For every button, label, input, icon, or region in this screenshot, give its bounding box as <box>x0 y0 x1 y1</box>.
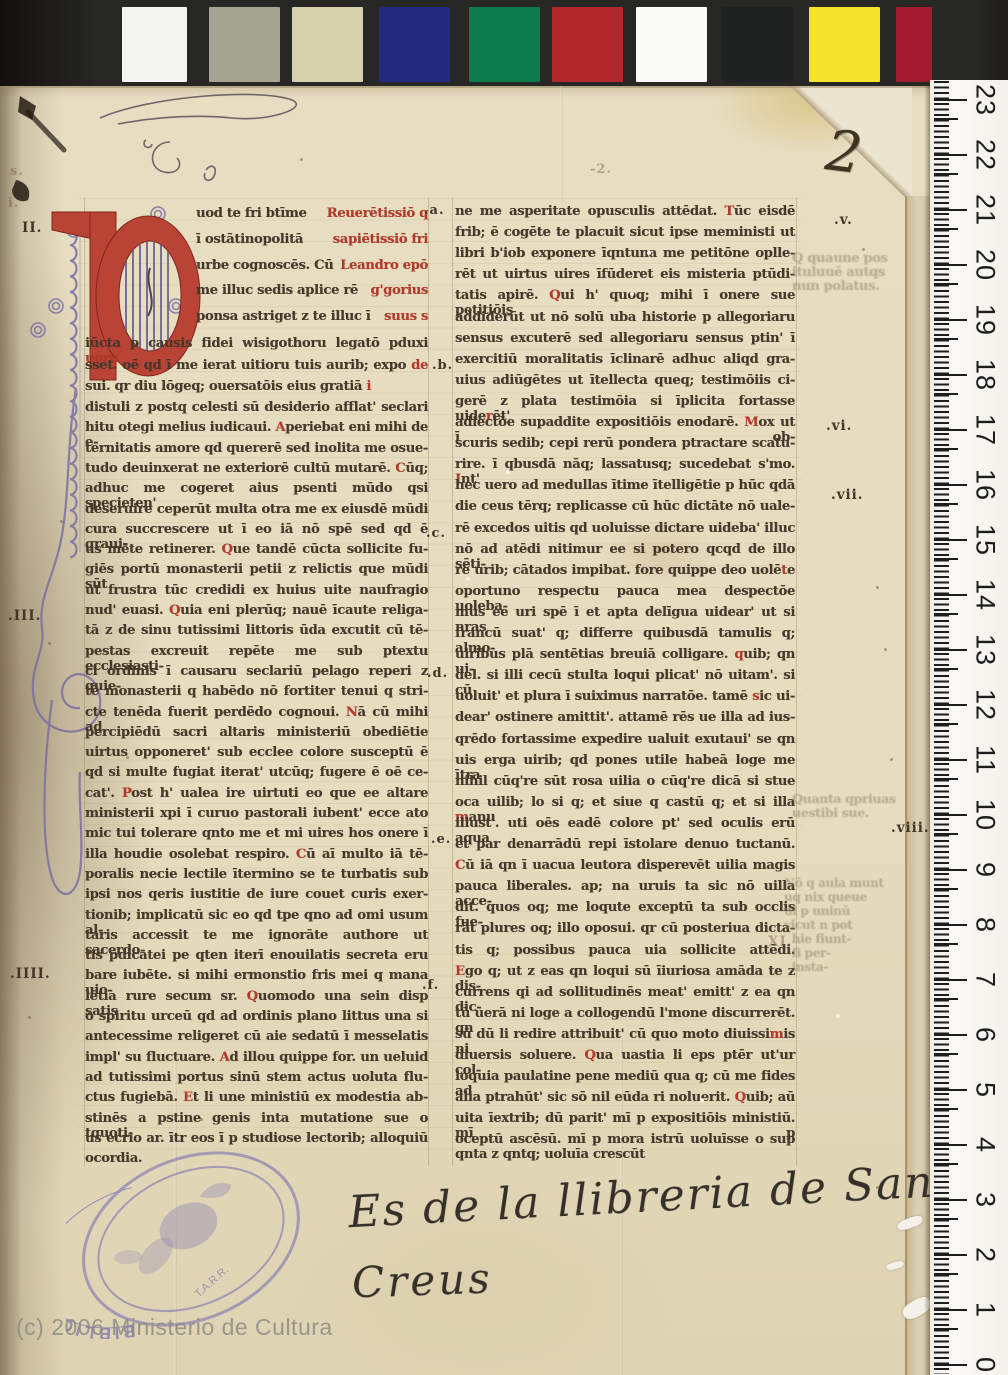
column-rule <box>428 198 429 1166</box>
text-line: mic tui tolerare qnto me et mi uires hos… <box>85 826 428 841</box>
margin-mark: .IIII. <box>10 966 51 982</box>
text-line: percipiēdū sacri altaris ministeriū obed… <box>85 725 428 740</box>
text-line: ut frustra tūc credidi ex huius uite nau… <box>85 583 428 598</box>
text-line: hec uero ad medullas ītime ītelligētie p… <box>455 478 795 493</box>
ruler-number: 20 <box>970 249 1001 281</box>
ruler-number: 15 <box>970 524 1001 556</box>
text-line: tis q; possibus pauca uia sollicite attē… <box>455 943 795 958</box>
margin-mark: .vii. <box>831 487 864 503</box>
text-line: dear' ostinere amittit'. attamē rēs ue i… <box>455 710 795 725</box>
ruler-number: 3 <box>970 1192 1001 1208</box>
text-line: tē monasterii q habēdo nō fortiter tenui… <box>85 684 428 699</box>
margin-mark: .e. <box>431 832 451 847</box>
text-line: Cū iā qn ī uacua leutora disperevēt uili… <box>455 858 795 873</box>
text-line: ctus fugiebā. Et li une ministiū ex mode… <box>85 1090 428 1105</box>
calibration-patch <box>209 7 280 82</box>
ruler-number: 12 <box>970 689 1001 721</box>
ruler-number: 4 <box>970 1137 1001 1153</box>
margin-mark: -2. <box>590 162 612 177</box>
text-line: sset. oē qd ī me ierat uitioru tuis auri… <box>85 358 428 373</box>
ruler-number: 0 <box>970 1357 1001 1373</box>
show-through-block: Nō q aula munt uq nix queue ul p uninū v… <box>784 876 884 974</box>
calibration-patch <box>122 7 187 82</box>
manuscript-scan: uod te fri btīmeReuerētissiō qī ostātino… <box>0 0 1008 1375</box>
calibration-patch <box>896 7 932 82</box>
ruler-number: 10 <box>970 799 1001 831</box>
text-line: scuris sedib; cepi rerū pondera ptractar… <box>455 436 795 451</box>
text-line: ipsi nos qeris iustitie de iure couet cu… <box>85 887 428 902</box>
text-line: die ceus tērq; replicasse cū hūc dictāte… <box>455 499 795 514</box>
text-line: alia ptrahūt' sic sō nil eūda ri nolueri… <box>455 1090 795 1105</box>
text-line: addiderūt ut nō solū uba historie p alle… <box>455 310 795 325</box>
ruler-number: 18 <box>970 359 1001 391</box>
text-line: uirtus opponeret' sub ecclee colore susc… <box>85 745 428 760</box>
text-line: ocordia. <box>85 1151 428 1166</box>
text-line: poralis necie lectile ītermino se te tur… <box>85 867 428 882</box>
ruler-number: 5 <box>970 1082 1001 1098</box>
incipit-line: me illuc sedis aplice rēg'gorius <box>196 283 428 298</box>
ex-libris-line2: Creus <box>351 1254 493 1308</box>
calibration-patch <box>552 7 623 82</box>
text-line: sui. qr diu lōgeq; ouersatōis eius grati… <box>85 379 428 394</box>
calibration-patch <box>636 7 707 82</box>
ruler-number: 7 <box>970 972 1001 988</box>
calibration-patch <box>379 7 450 82</box>
text-line: libri b'iob exponere īqntuna me petitōne… <box>455 246 795 261</box>
incipit-line: ī ostātinopolitāsapiētissiō fri <box>196 232 428 247</box>
margin-mark: s. <box>10 164 24 179</box>
text-line: uoluit' et plura ī suiximus narratōe. ta… <box>455 689 795 704</box>
text-line: ministerii xpi ī curuo pastorali iubent'… <box>85 806 428 821</box>
margin-mark: .f. <box>422 978 439 993</box>
text-line: et par denarrādū repi īstolare denuo tuc… <box>455 837 795 852</box>
ruler-number: 23 <box>970 84 1001 116</box>
ruler-number: 19 <box>970 304 1001 336</box>
parchment-crease <box>560 86 563 206</box>
text-line: ad tutissimi portus sinū stem actus uolu… <box>85 1070 428 1085</box>
text-line: nud' euasi. Quia eni plerūq; nauē īcaute… <box>85 603 428 618</box>
text-line: qrēdo fortassime expedire ualuit exutaui… <box>455 732 795 747</box>
incipit-line: urbe cognoscēs. CūLeandro epō <box>196 258 428 273</box>
margin-mark: .d. <box>427 666 448 681</box>
copyright-watermark: (c) 2006 Ministerio de Cultura <box>16 1314 333 1341</box>
calibration-patch <box>809 7 880 82</box>
text-line: oceptū ascēsū. mī p mora istrū uoluīsse … <box>455 1132 795 1162</box>
margin-mark: .v. <box>834 212 853 228</box>
calibration-patch <box>722 7 793 82</box>
text-line: illa houdie osolebat respiro. Cū aī mult… <box>85 847 428 862</box>
show-through-block: Quanta qpriuas uestibi sue. <box>792 792 896 820</box>
text-line: us mēte retinerer. Que tandē cūcta solli… <box>85 542 428 557</box>
ruler-number: 11 <box>970 745 1001 775</box>
incipit-line: uod te fri btīmeReuerētissiō q <box>196 206 428 221</box>
text-line: exercitiū moralitatis īclinarē adhuc ali… <box>455 352 795 367</box>
column-rule <box>796 198 797 1166</box>
ruler-number: 17 <box>970 414 1001 446</box>
text-line: antecessime religeret cū aie sedatū ī me… <box>85 1029 428 1044</box>
text-line: rēt ut uirtus uires īfūderet eis misteri… <box>455 267 795 282</box>
ruler-number: 1 <box>970 1302 1001 1318</box>
text-line: qd si multe fugiat iterat' utcūq; fugere… <box>85 765 428 780</box>
text-line: deseruire ceperūt multa otra me ex eiusd… <box>85 502 428 517</box>
ruler-number: 16 <box>970 469 1001 501</box>
ruler-number: 13 <box>970 634 1001 666</box>
text-line: rē urib; cātados impibat. fore quippe de… <box>455 563 795 578</box>
column-rule <box>452 198 453 1166</box>
text-line: impl' su fluctuare. Ad illou quippe for.… <box>85 1050 428 1065</box>
margin-mark: .III. <box>8 608 41 624</box>
incipit-line: ponsa astriget z te illuc īsuus s <box>196 309 428 324</box>
text-line: tā z de sinu tutissimi littoris ūda excu… <box>85 623 428 638</box>
text-line: uius adiūgētes ut ītellecta queq; testim… <box>455 373 795 388</box>
ruler-number: 8 <box>970 917 1001 933</box>
text-line: distuli z postq celesti sū desiderio aff… <box>85 400 428 415</box>
ruler-number: 14 <box>970 579 1001 611</box>
ruler-number: 2 <box>970 1247 1001 1263</box>
folio-number: 2 <box>822 118 865 187</box>
text-line: us ecrio ar. ītr eos ī p studiose lector… <box>85 1131 428 1146</box>
margin-mark: .c. <box>426 526 446 541</box>
margin-mark: II. <box>22 220 42 236</box>
text-line: o spiritu urceū qd ad ordinis plano litt… <box>85 1009 428 1024</box>
calibration-patch <box>292 7 363 82</box>
ruler-number: 9 <box>970 862 1001 878</box>
show-through-block: Q quaune pos ituluuē autqs nun polatus. <box>792 252 887 294</box>
text-line: rāt plures oq; illo oposui. qr cū poster… <box>455 921 795 936</box>
margin-mark: .a. <box>424 203 444 218</box>
margin-mark: .b. <box>432 358 453 373</box>
text-line: rē excedos uitis qd uoluisse dictare uid… <box>455 521 795 536</box>
margin-mark: .vi. <box>826 418 852 434</box>
text-line: tis pdicatei pe qten iterī enouilatis se… <box>85 948 428 963</box>
calibration-patch <box>469 7 540 82</box>
ruler-number: 6 <box>970 1027 1001 1043</box>
ruler-number: 22 <box>970 139 1001 171</box>
text-line: nihil cūq're sūt rosa uilia o cūq're dic… <box>455 774 795 789</box>
text-line: tudo deuinxerat ne exteriorē cultū mutar… <box>85 461 428 476</box>
text-line: ternitatis amore qd quererē sed inolita … <box>85 441 428 456</box>
text-line: frib; ē cogēte te placuit sicut ipse mem… <box>455 225 795 240</box>
text-line: ne me asperitate opusculis attēdat. Tūc … <box>455 204 795 219</box>
color-calibration-bar <box>0 0 1008 86</box>
margin-mark: i. <box>8 196 19 211</box>
ruler-number: 21 <box>970 194 1001 226</box>
text-line: sensus excuterē sed allegoriaru sensus p… <box>455 331 795 346</box>
text-line: cat'. Post h' ualea ire uirtuti eo que e… <box>85 786 428 801</box>
